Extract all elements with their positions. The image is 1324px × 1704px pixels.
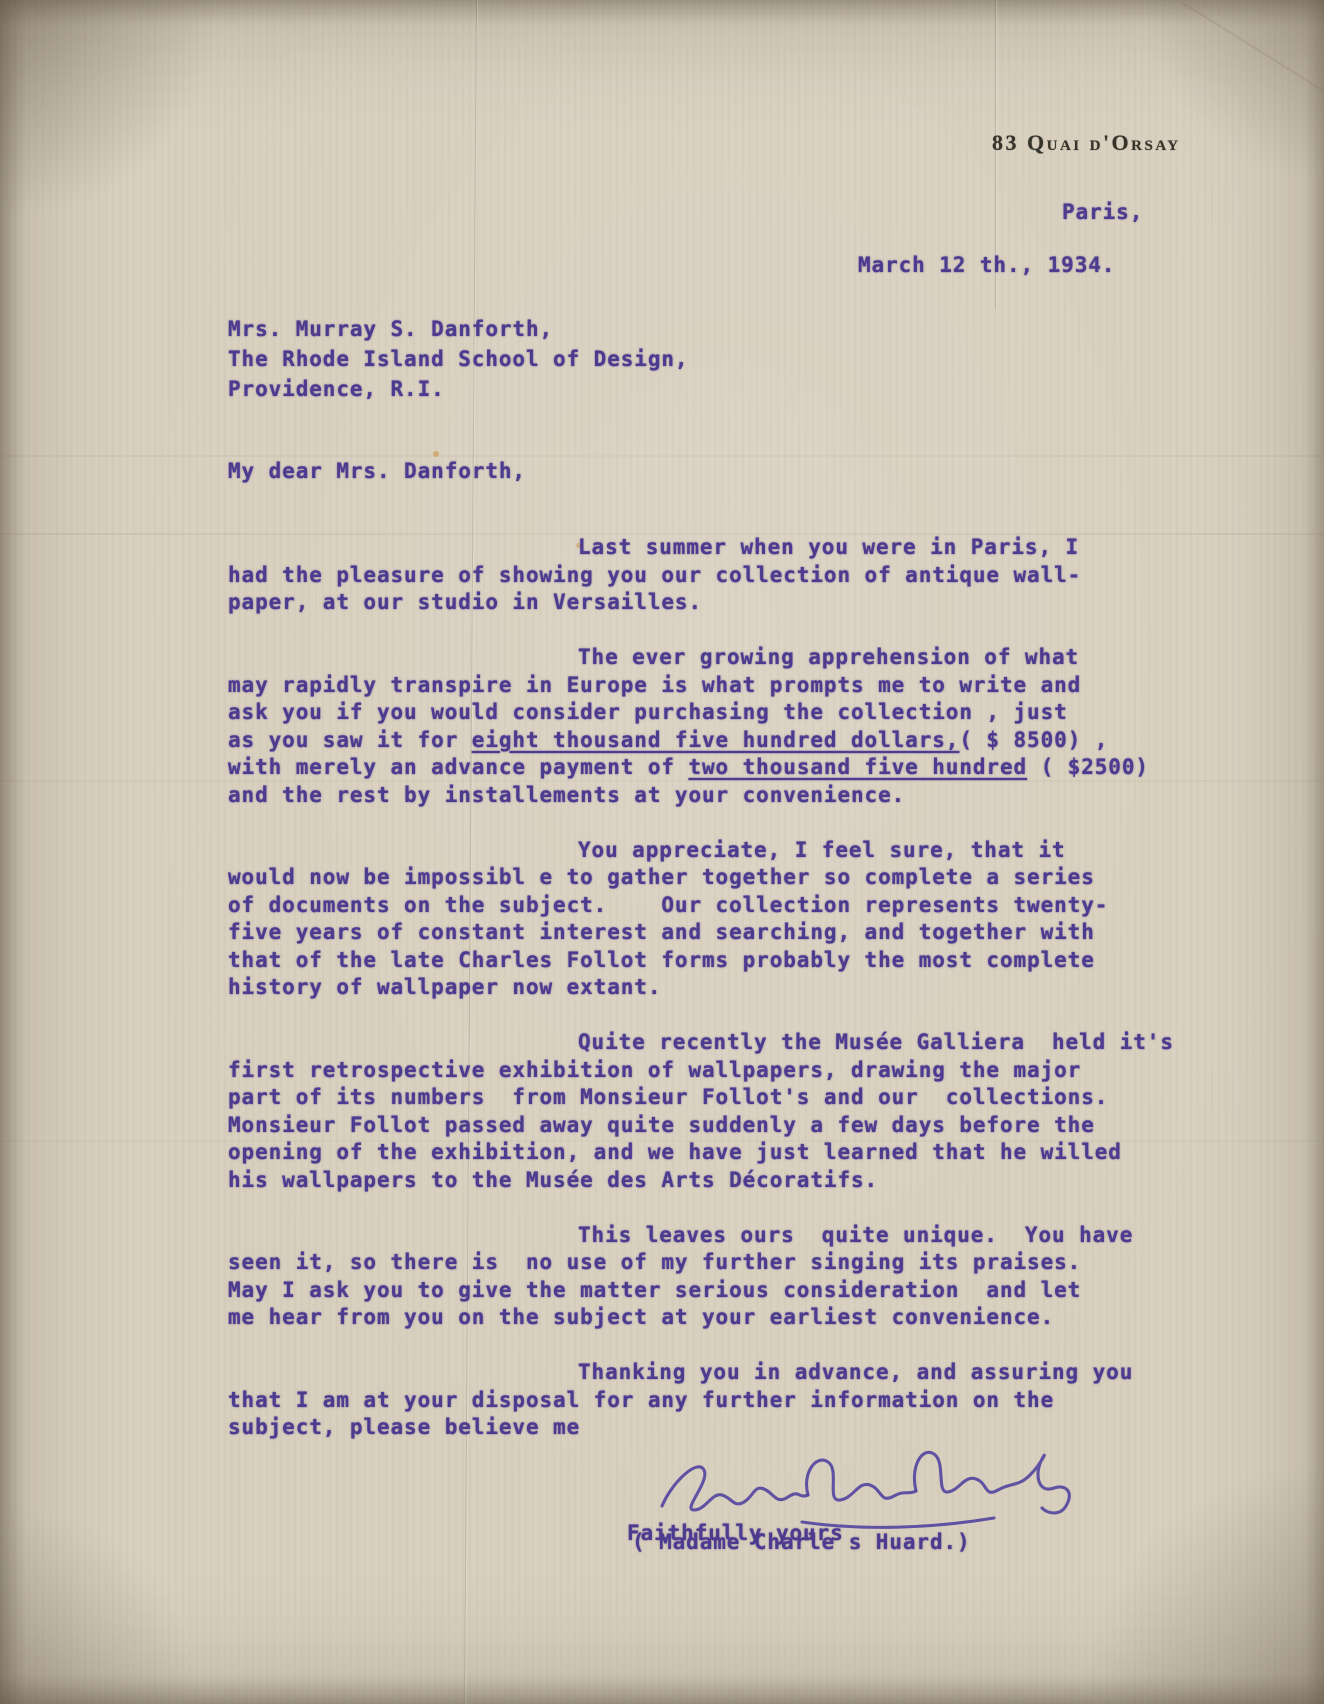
corner-crease bbox=[1179, 0, 1324, 118]
handwritten-signature: Frances Wilson Huard bbox=[652, 1432, 1104, 1540]
signature-stroke bbox=[914, 1452, 1069, 1513]
underlined-text: eight thousand five hundred dollars, bbox=[472, 728, 960, 752]
letter-line: five years of constant interest and sear… bbox=[228, 919, 1168, 947]
letter-line: of documents on the subject. Our collect… bbox=[228, 892, 1168, 920]
salutation: My dear Mrs. Danforth, bbox=[228, 459, 526, 483]
text-segment: paper, at our studio in Versailles. bbox=[228, 590, 702, 614]
letter-line: Quite recently the Musée Galliera held i… bbox=[228, 1029, 1168, 1057]
paragraph: Quite recently the Musée Galliera held i… bbox=[228, 1029, 1168, 1194]
letter-line: The ever growing apprehension of what bbox=[228, 644, 1168, 672]
letter-line: history of wallpaper now extant. bbox=[228, 974, 1168, 1002]
letter-line: first retrospective exhibition of wallpa… bbox=[228, 1057, 1168, 1085]
text-segment: first retrospective exhibition of wallpa… bbox=[228, 1058, 1081, 1082]
recipient-line: The Rhode Island School of Design, bbox=[228, 344, 688, 374]
letter-line: may rapidly transpire in Europe is what … bbox=[228, 672, 1168, 700]
text-segment: may rapidly transpire in Europe is what … bbox=[228, 673, 1081, 697]
paragraphs: Last summer when you were in Paris, Ihad… bbox=[228, 534, 1168, 1442]
text-segment: ( $2500) bbox=[1027, 755, 1149, 779]
text-segment: ask you if you would consider purchasing… bbox=[228, 700, 1068, 724]
letter-line: You appreciate, I feel sure, that it bbox=[228, 837, 1168, 865]
letter-line: would now be impossibl e to gather toget… bbox=[228, 864, 1168, 892]
letter-line: opening of the exhibition, and we have j… bbox=[228, 1139, 1168, 1167]
paragraph: This leaves ours quite unique. You haves… bbox=[228, 1222, 1168, 1332]
letter-line: as you saw it for eight thousand five hu… bbox=[228, 727, 1168, 755]
recipient-line: Providence, R.I. bbox=[228, 374, 688, 404]
text-segment: history of wallpaper now extant. bbox=[228, 975, 661, 999]
letter-line: had the pleasure of showing you our coll… bbox=[228, 562, 1168, 590]
paragraph: The ever growing apprehension of whatmay… bbox=[228, 644, 1168, 809]
letterhead-address: 83 Quai d'Orsay bbox=[992, 130, 1181, 156]
text-segment: The ever growing apprehension of what bbox=[578, 645, 1079, 669]
text-segment: You appreciate, I feel sure, that it bbox=[578, 838, 1066, 862]
letter-line: and the rest by installements at your co… bbox=[228, 782, 1168, 810]
letter-line: paper, at our studio in Versailles. bbox=[228, 589, 1168, 617]
paragraph: Thanking you in advance, and assuring yo… bbox=[228, 1359, 1168, 1442]
typed-signature-name: ( Madame Charle s Huard.) bbox=[632, 1530, 971, 1554]
letter-body: Last summer when you were in Paris, Ihad… bbox=[228, 486, 1168, 1596]
text-segment: with merely an advance payment of bbox=[228, 755, 688, 779]
letter-line: part of its numbers from Monsieur Follot… bbox=[228, 1084, 1168, 1112]
letter-line: his wallpapers to the Musée des Arts Déc… bbox=[228, 1167, 1168, 1195]
letter-line: ask you if you would consider purchasing… bbox=[228, 699, 1168, 727]
text-segment: opening of the exhibition, and we have j… bbox=[228, 1140, 1122, 1164]
fold-crease-horizontal-1 bbox=[0, 455, 1324, 457]
text-segment: part of its numbers from Monsieur Follot… bbox=[228, 1085, 1108, 1109]
text-segment: had the pleasure of showing you our coll… bbox=[228, 563, 1081, 587]
letter-line: Last summer when you were in Paris, I bbox=[228, 534, 1168, 562]
signature-underline bbox=[802, 1518, 994, 1527]
text-segment: ( $ 8500) , bbox=[959, 728, 1108, 752]
text-segment: This leaves ours quite unique. You have bbox=[578, 1223, 1133, 1247]
city-line: Paris, bbox=[1062, 200, 1143, 224]
text-segment: me hear from you on the subject at your … bbox=[228, 1305, 1054, 1329]
letter-line: seen it, so there is no use of my furthe… bbox=[228, 1249, 1168, 1277]
signature-stroke bbox=[807, 1460, 916, 1500]
paragraph: Last summer when you were in Paris, Ihad… bbox=[228, 534, 1168, 617]
paper-speck bbox=[433, 451, 439, 457]
underlined-text: two thousand five hundred bbox=[688, 755, 1027, 779]
text-segment: Quite recently the Musée Galliera held i… bbox=[578, 1030, 1174, 1054]
text-segment: Thanking you in advance, and assuring yo… bbox=[578, 1360, 1133, 1384]
recipient-line: Mrs. Murray S. Danforth, bbox=[228, 314, 688, 344]
letter-line: Thanking you in advance, and assuring yo… bbox=[228, 1359, 1168, 1387]
letter-line: This leaves ours quite unique. You have bbox=[228, 1222, 1168, 1250]
text-segment: seen it, so there is no use of my furthe… bbox=[228, 1250, 1081, 1274]
text-segment: that I am at your disposal for any furth… bbox=[228, 1388, 1054, 1412]
letter-line: May I ask you to give the matter serious… bbox=[228, 1277, 1168, 1305]
scanned-letter-page: 83 Quai d'Orsay Paris, March 12 th., 193… bbox=[0, 0, 1324, 1704]
letter-line: me hear from you on the subject at your … bbox=[228, 1304, 1168, 1332]
text-segment: his wallpapers to the Musée des Arts Déc… bbox=[228, 1168, 878, 1192]
signature-stroke bbox=[662, 1467, 808, 1510]
text-segment: and the rest by installements at your co… bbox=[228, 783, 905, 807]
text-segment: Last summer when you were in Paris, I bbox=[578, 535, 1079, 559]
recipient-address-block: Mrs. Murray S. Danforth,The Rhode Island… bbox=[228, 314, 688, 404]
text-segment: May I ask you to give the matter serious… bbox=[228, 1278, 1081, 1302]
text-segment: that of the late Charles Follot forms pr… bbox=[228, 948, 1095, 972]
letter-line: Monsieur Follot passed away quite sudden… bbox=[228, 1112, 1168, 1140]
text-segment: subject, please believe me bbox=[228, 1415, 580, 1439]
text-segment: five years of constant interest and sear… bbox=[228, 920, 1095, 944]
paragraph: You appreciate, I feel sure, that itwoul… bbox=[228, 837, 1168, 1002]
letter-line: that of the late Charles Follot forms pr… bbox=[228, 947, 1168, 975]
text-segment: as you saw it for bbox=[228, 728, 472, 752]
text-segment: would now be impossibl e to gather toget… bbox=[228, 865, 1095, 889]
date-line: March 12 th., 1934. bbox=[858, 253, 1115, 277]
text-segment: of documents on the subject. Our collect… bbox=[228, 893, 1108, 917]
letter-line: that I am at your disposal for any furth… bbox=[228, 1387, 1168, 1415]
text-segment: Monsieur Follot passed away quite sudden… bbox=[228, 1113, 1095, 1137]
letter-line: with merely an advance payment of two th… bbox=[228, 754, 1168, 782]
